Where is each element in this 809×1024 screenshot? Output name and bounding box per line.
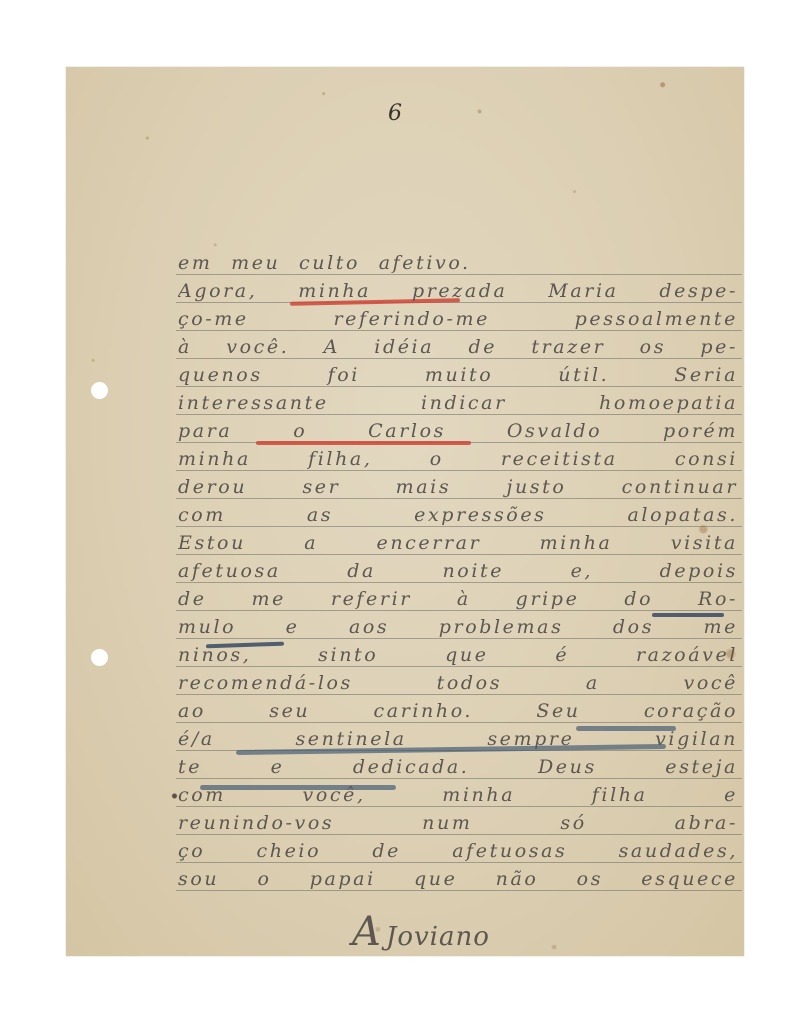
letter-line: Agora, minha prezada Maria despe- [178, 278, 738, 304]
letter-line: afetuosa da noite e, depois [178, 558, 738, 584]
letter-line: ço cheio de afetuosas saudades, [178, 838, 738, 864]
letter-line: é/a sentinela sempre vigilan [178, 726, 738, 752]
letter-page: 6 em meu culto afetivo. Agora, minha pre… [66, 67, 744, 956]
punch-hole-bottom [91, 649, 108, 666]
letter-line: com as expressões alopatas. [178, 502, 738, 528]
letter-line: ao seu carinho. Seu coração [178, 698, 738, 724]
signature: AJoviano [352, 909, 490, 955]
signature-initial: A [352, 909, 382, 955]
letter-line: te e dedicada. Deus esteja [178, 754, 738, 780]
letter-line: ninos, sinto que é razoável [178, 642, 738, 668]
letter-line: interessante indicar homoepatia [178, 390, 738, 416]
letter-line: recomendá-los todos a você [178, 670, 738, 696]
letter-line: mulo e aos problemas dos me [178, 614, 738, 640]
letter-line: quenos foi muito útil. Seria [178, 362, 738, 388]
letter-line: derou ser mais justo continuar [178, 474, 738, 500]
letter-line: com você, minha filha e [178, 782, 738, 808]
letter-line: reunindo-vos num só abra- [178, 810, 738, 836]
letter-line: de me referir à gripe do Ro- [178, 586, 738, 612]
punch-hole-top [91, 382, 108, 399]
letter-line: à você. A idéia de trazer os pe- [178, 334, 738, 360]
letter-line: Estou a encerrar minha visita [178, 530, 738, 556]
letter-line: para o Carlos Osvaldo porém [178, 418, 738, 444]
letter-line: minha filha, o receitista consi [178, 446, 738, 472]
signature-name: Joviano [386, 922, 490, 952]
letter-line: em meu culto afetivo. [178, 250, 478, 276]
page-number: 6 [388, 101, 402, 126]
letter-line: ço-me referindo-me pessoalmente [178, 306, 738, 332]
letter-line: sou o papai que não os esquece [178, 866, 738, 892]
